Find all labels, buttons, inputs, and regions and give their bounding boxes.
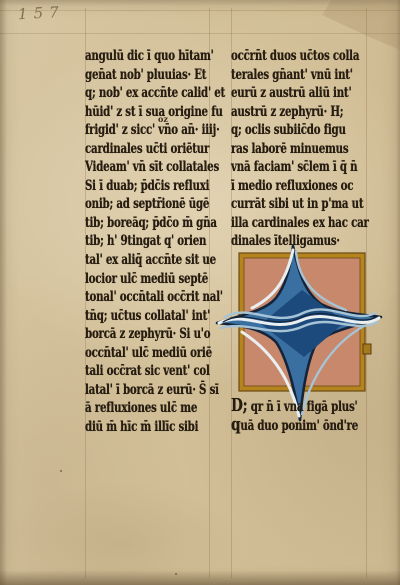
manuscript-page: 157 angulū dic ī quo hītam' gen̄at nob' …: [0, 0, 400, 585]
page-vignette: [0, 0, 400, 585]
